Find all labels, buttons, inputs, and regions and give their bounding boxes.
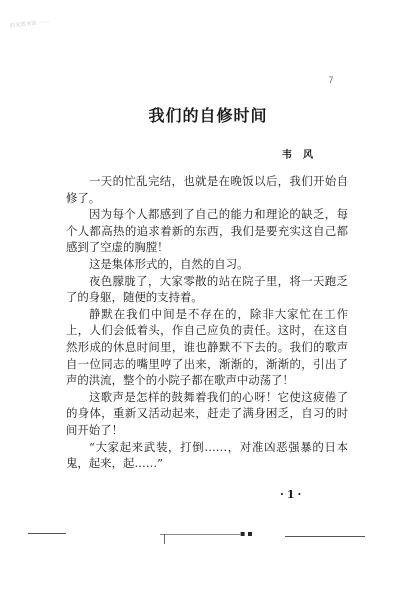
article-body: 一天的忙乱完结，也就是在晚饭以后，我们开始自修了。 因为每个人都感到了自己的能力… (66, 173, 348, 472)
footer-rule-left (28, 533, 66, 534)
paragraph: “大家起来武装，打倒……，对准凶恶强暴的日本鬼，起来，起……” (66, 439, 348, 472)
watermark: 时光图书馆 ······ (10, 19, 50, 29)
paragraph: 一天的忙乱完结，也就是在晚饭以后，我们开始自修了。 (66, 173, 348, 206)
article-author: 韦风 (282, 146, 324, 161)
paragraph: 静默在我们中间是不存在的，除非大家忙在工作上，人们会低着头，作自己应负的责任。这… (66, 306, 348, 389)
footer-marks: ▪▪ (240, 528, 255, 538)
paragraph: 夜色朦胧了，大家零散的站在院子里，将一天跑乏了的身躯，随便的支持着。 (66, 273, 348, 306)
page-number: ·1· (280, 488, 304, 501)
corner-mark: 7 (328, 76, 334, 86)
article-title: 我们的自修时间 (0, 103, 416, 126)
paragraph: 这歌声是怎样的鼓舞着我们的心呀！它使这疲倦了的身体，重新又活动起来，赶走了满身困… (66, 389, 348, 439)
footer-tick (164, 534, 165, 544)
paragraph: 这是集体形式的，自然的自习。 (66, 256, 348, 273)
footer-rule-right (285, 536, 365, 537)
footer-rule-center (160, 534, 240, 535)
paragraph: 因为每个人都感到了自己的能力和理论的缺乏，每个人都高热的追求着新的东西，我们是要… (66, 206, 348, 256)
